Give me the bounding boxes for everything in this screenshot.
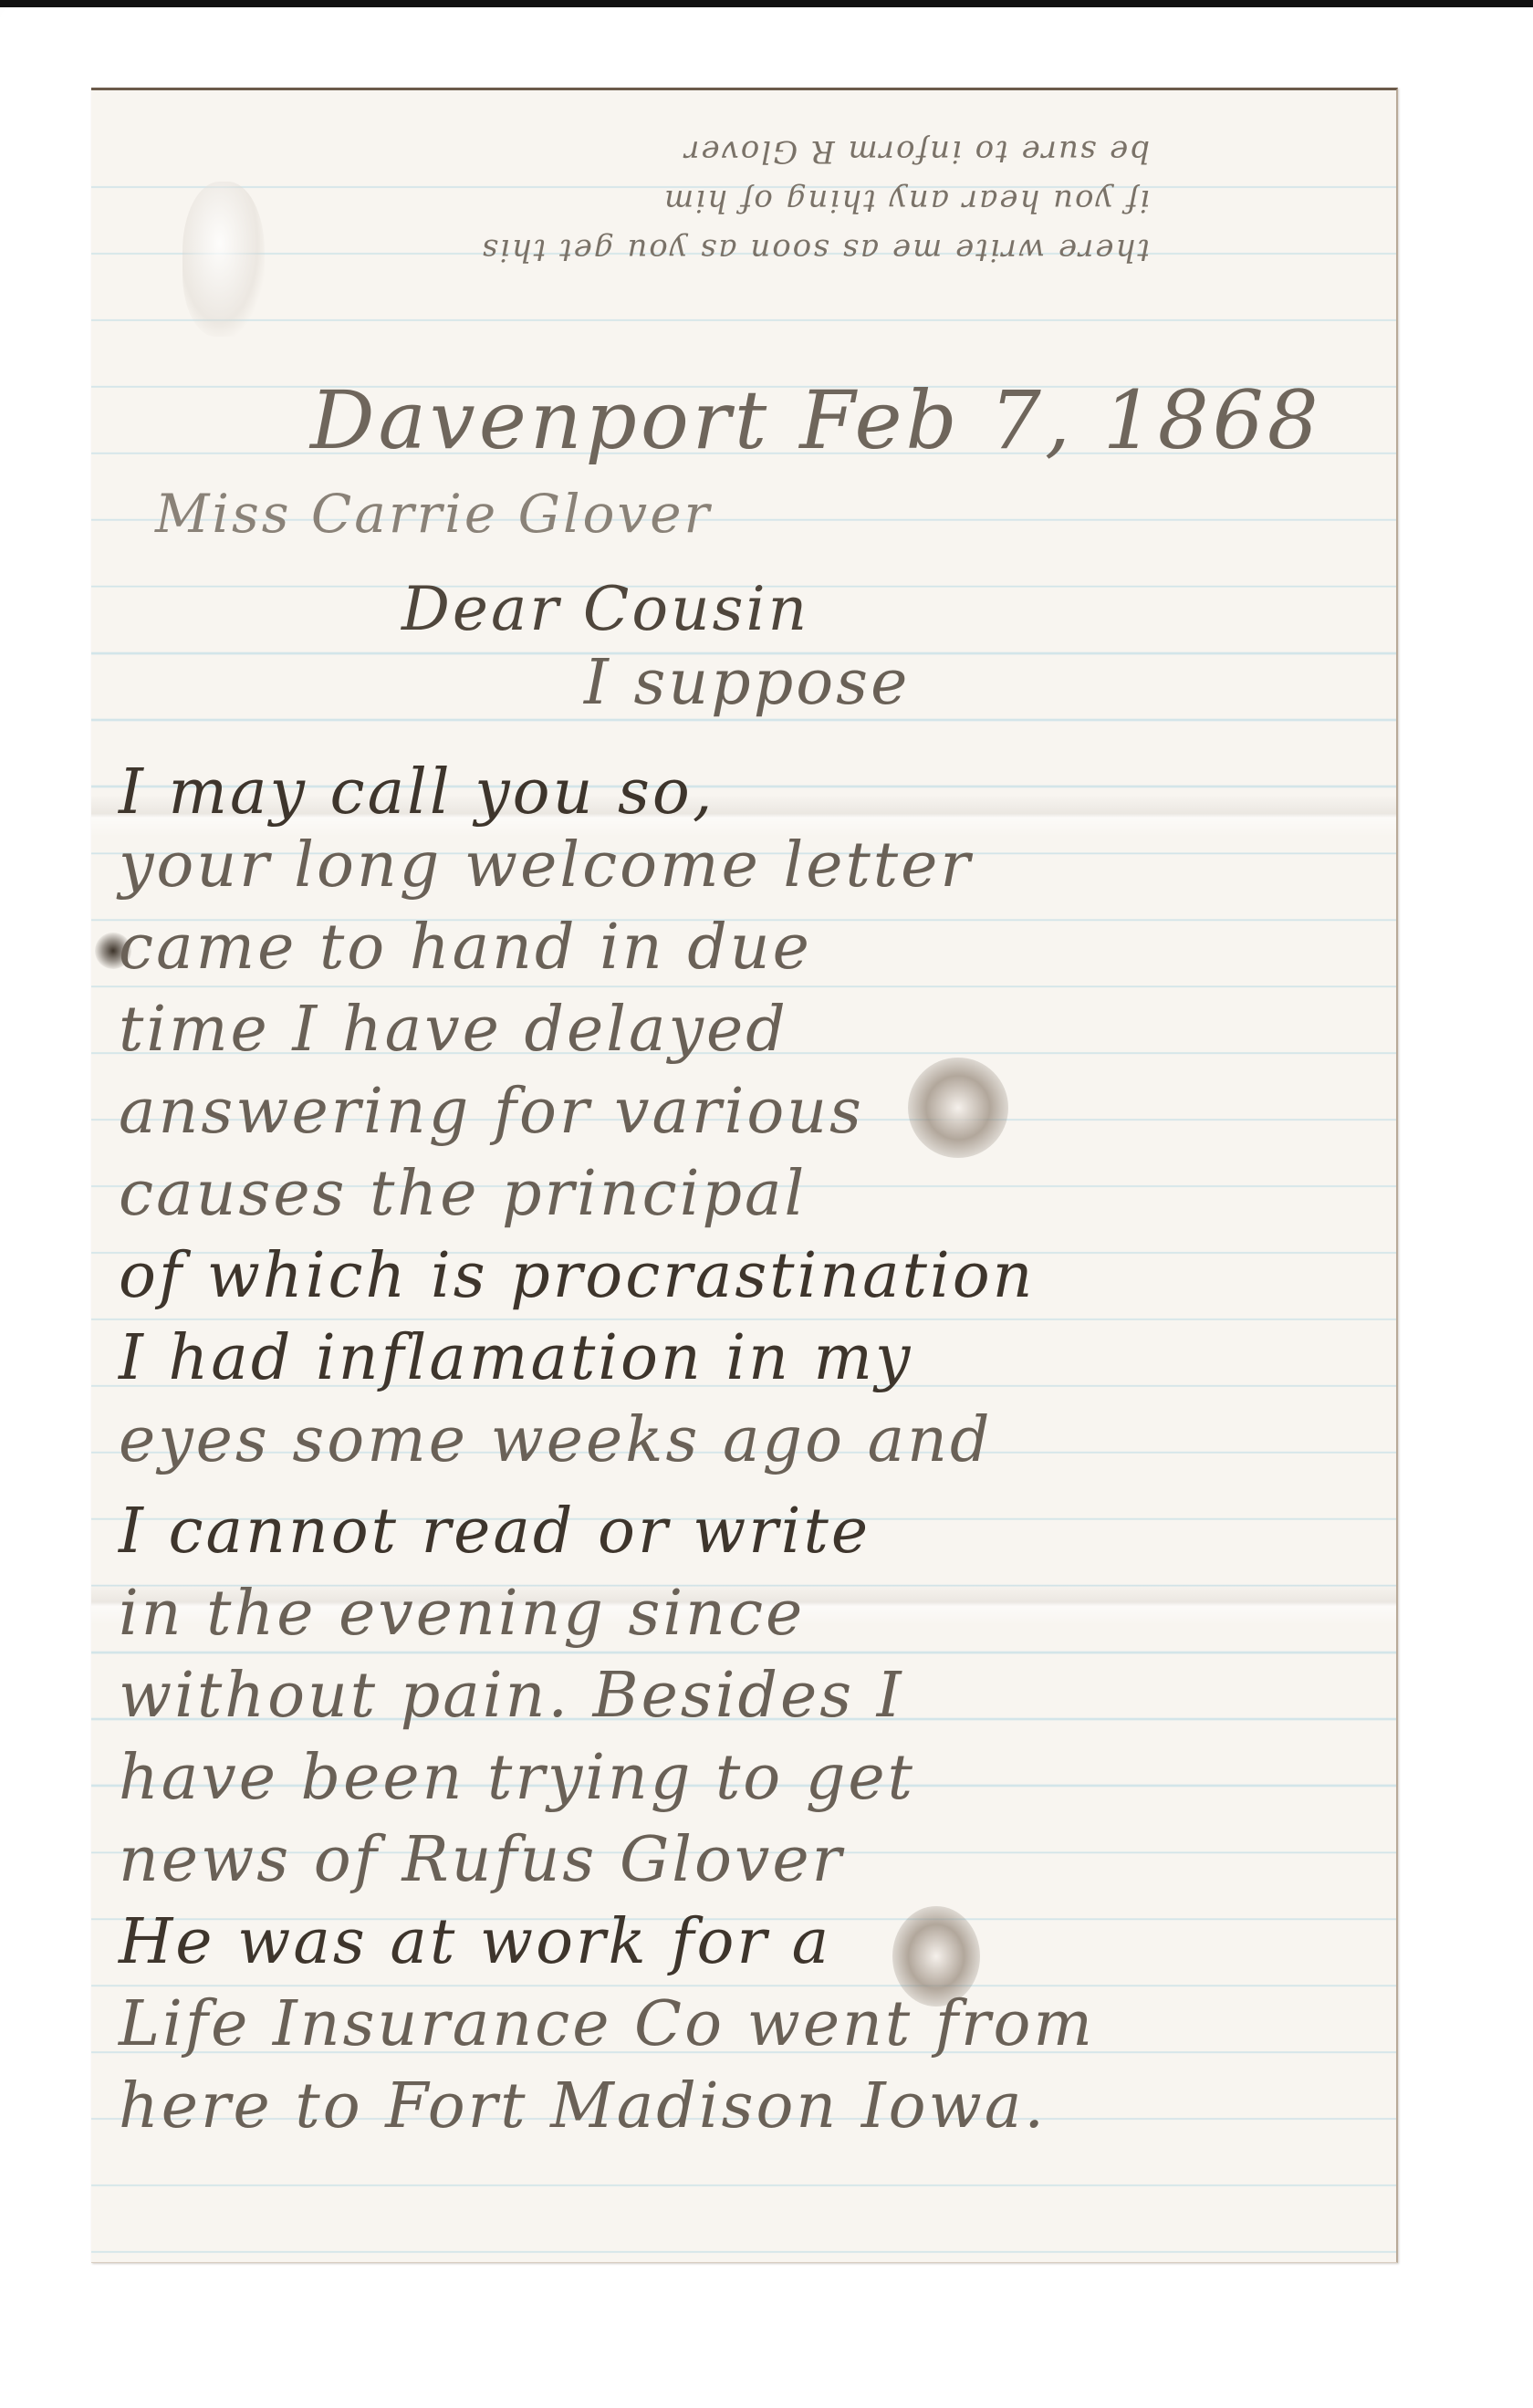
water-stain — [908, 1058, 1008, 1158]
body-line: I may call you so, — [119, 756, 714, 829]
place-and-date: Davenport Feb 7, 1868 — [310, 373, 1322, 467]
body-line: in the evening since — [119, 1578, 805, 1650]
postscript-line: there write me as soon as you get this — [365, 225, 1150, 275]
body-line: He was at work for a — [119, 1906, 831, 1978]
recipient-name: Miss Carrie Glover — [155, 483, 712, 545]
body-line: came to hand in due — [119, 912, 812, 984]
postscript-line: if you hear any thing of him — [365, 176, 1150, 225]
letter-sheet: there write me as soon as you get this i… — [91, 88, 1398, 2263]
body-line: eyes some weeks ago and — [119, 1404, 992, 1476]
body-line: time I have delayed — [119, 994, 788, 1066]
body-line: I cannot read or write — [119, 1496, 871, 1568]
body-line: without pain. Besides I — [119, 1660, 904, 1732]
postscript-line: be sure to inform R Glover — [365, 127, 1150, 176]
body-line: answering for various — [119, 1076, 864, 1148]
body-line: have been trying to get — [119, 1742, 915, 1814]
body-line: news of Rufus Glover — [119, 1824, 844, 1896]
body-line: Life Insurance Co went from — [119, 1988, 1095, 2060]
body-line: here to Fort Madison Iowa. — [119, 2070, 1047, 2142]
salutation: Dear Cousin — [401, 574, 809, 644]
scanner-top-border — [0, 0, 1533, 7]
body-line: I had inflamation in my — [119, 1322, 912, 1394]
embossed-stamp-icon — [182, 182, 265, 337]
body-line: your long welcome letter — [119, 829, 973, 902]
upside-down-postscript: there write me as soon as you get this i… — [365, 127, 1150, 275]
body-line: of which is procrastination — [119, 1240, 1035, 1312]
body-line: I suppose — [584, 647, 910, 719]
body-line: causes the principal — [119, 1158, 807, 1230]
